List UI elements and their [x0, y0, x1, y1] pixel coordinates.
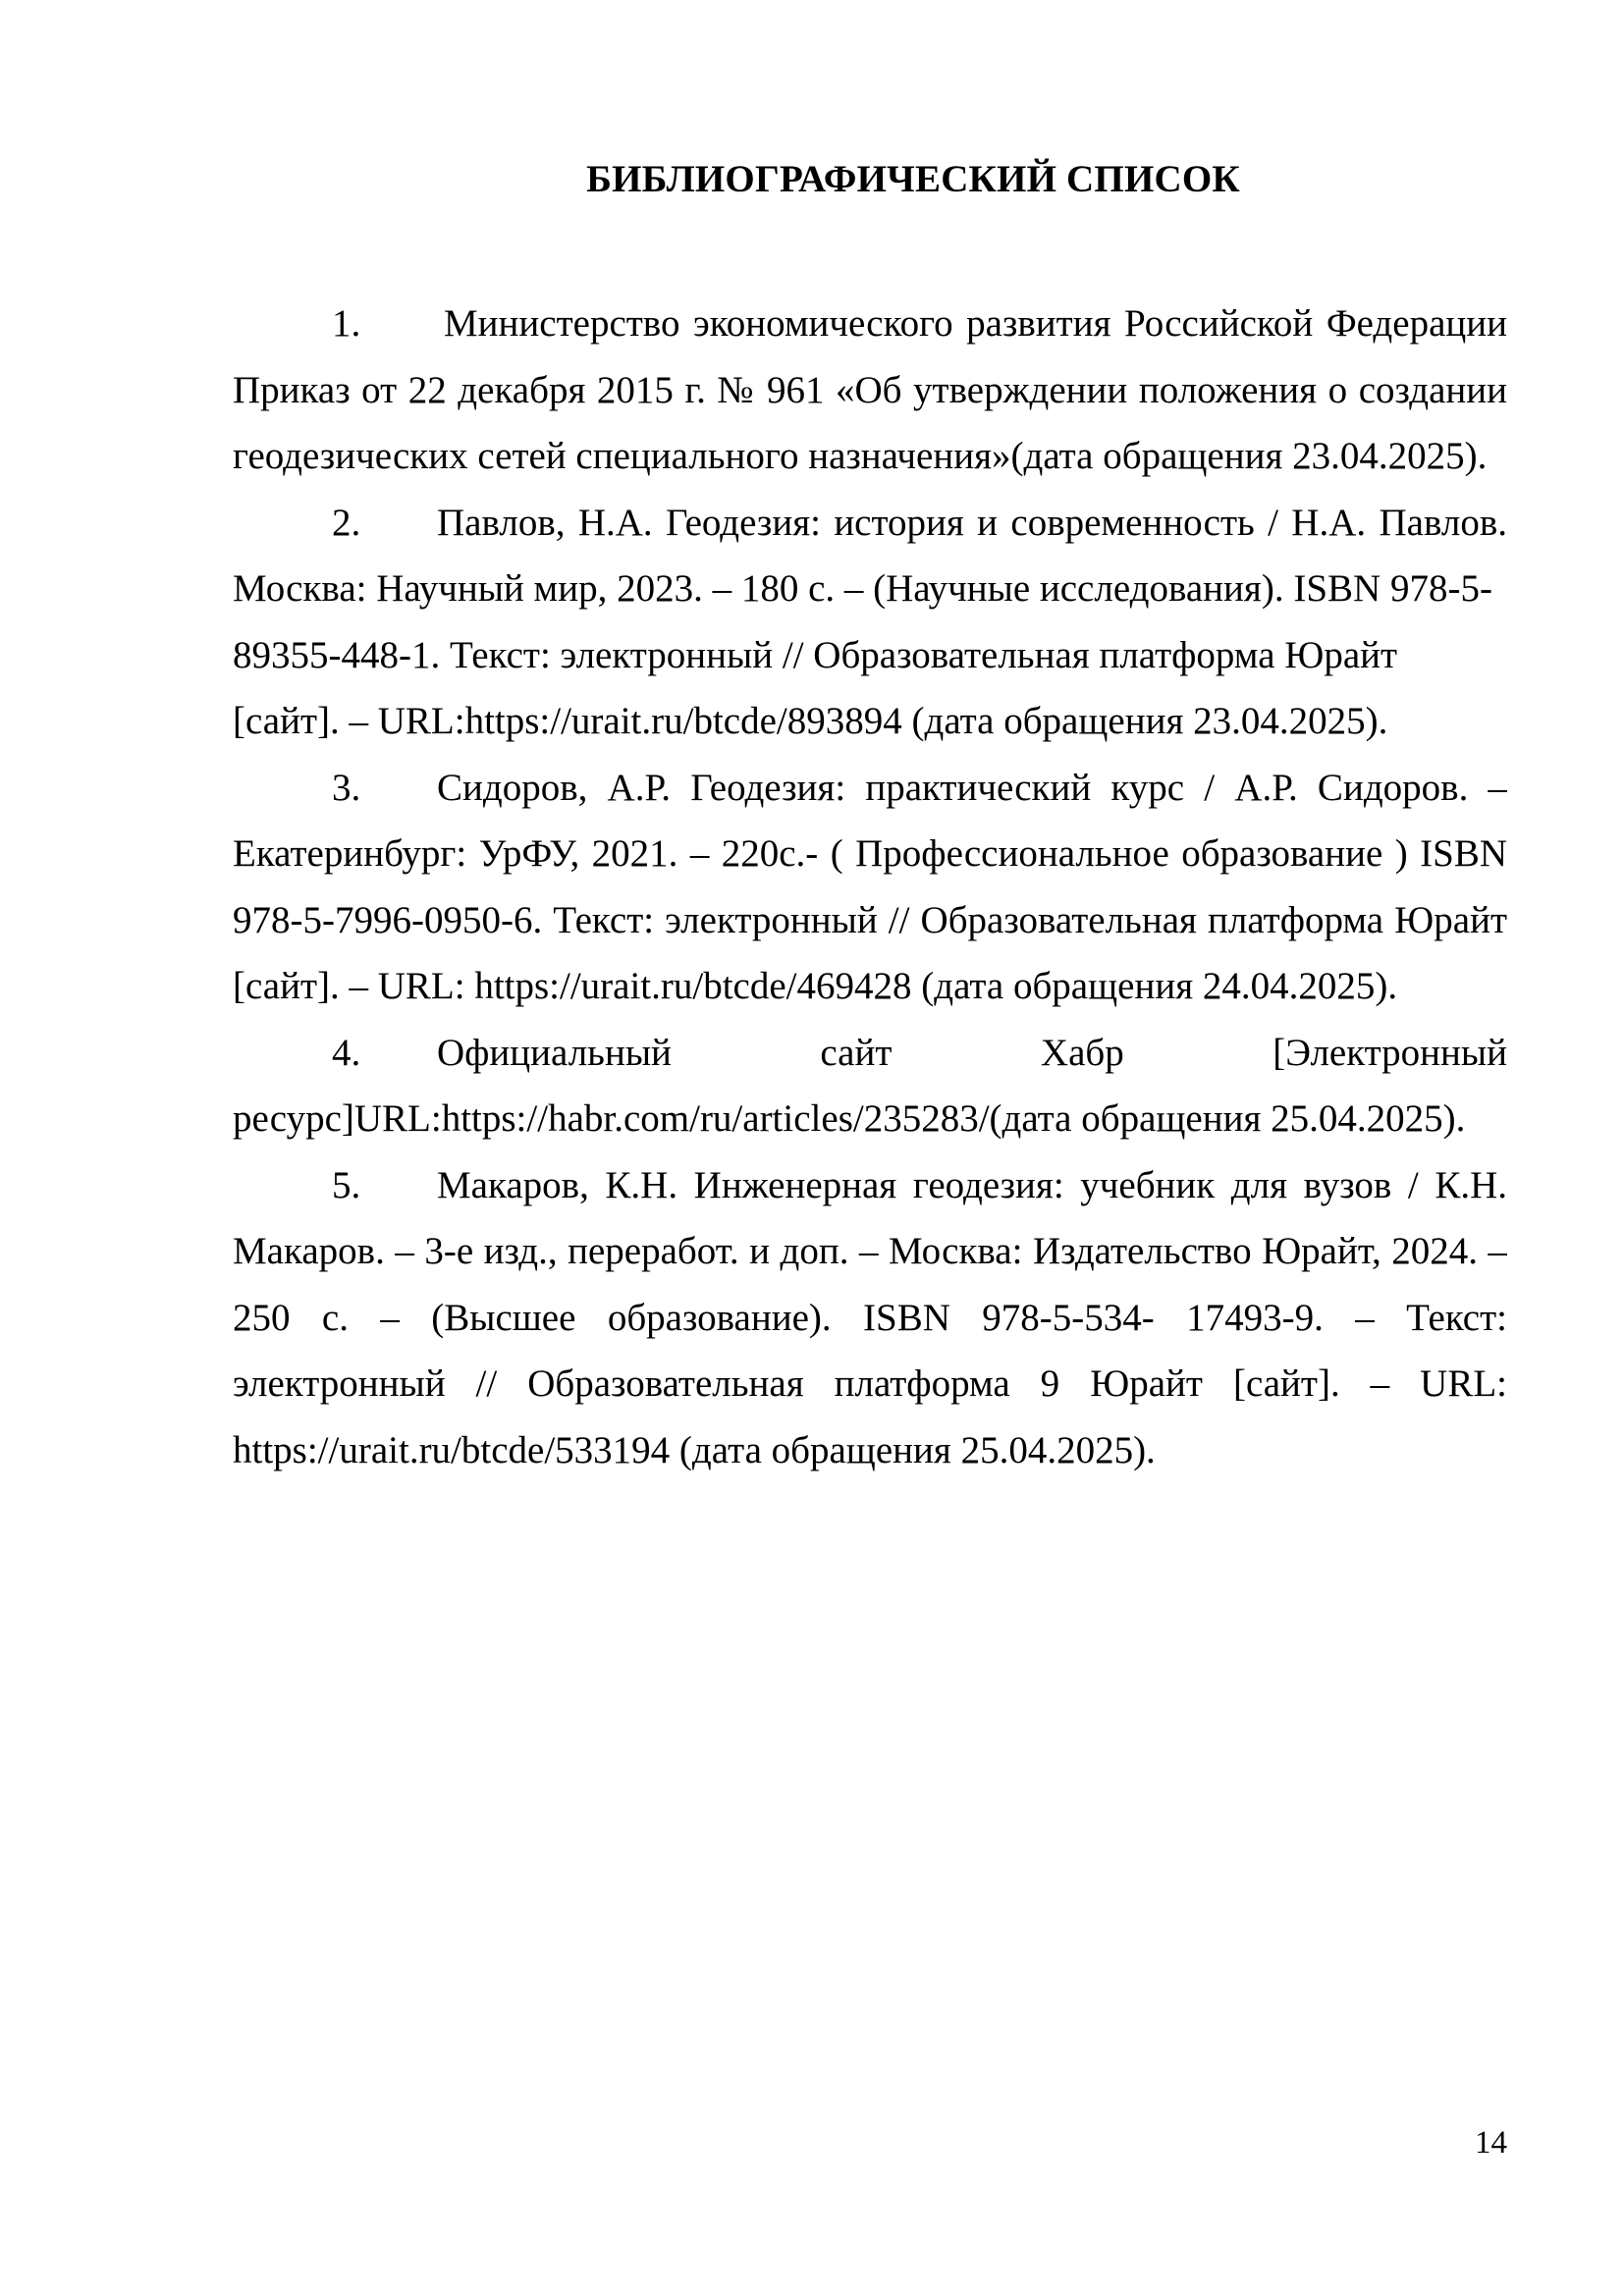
bibliography-entry-1: 1. Министерство экономического развития …: [233, 291, 1507, 490]
entry-number: 3.: [332, 755, 360, 822]
entry-line: 89355-448-1. Текст: электронный // Образ…: [233, 622, 1507, 689]
entry-line: [сайт]. – URL:https://urait.ru/btcde/893…: [233, 688, 1507, 755]
entry-line: геодезических сетей специального назначе…: [233, 423, 1507, 490]
bibliography-list: 1. Министерство экономического развития …: [233, 291, 1507, 1483]
bibliography-entry-4: 4. Официальный сайт Хабр [Электронный ре…: [233, 1020, 1507, 1152]
entry-line: 3. Сидоров, А.Р. Геодезия: практический …: [233, 755, 1507, 822]
entry-line: https://urait.ru/btcde/533194 (дата обра…: [233, 1417, 1507, 1484]
entry-line: Екатеринбург: УрФУ, 2021. – 220с.- ( Про…: [233, 821, 1507, 887]
document-page: БИБЛИОГРАФИЧЕСКИЙ СПИСОК 1. Министерство…: [0, 0, 1624, 2296]
entry-number: 4.: [332, 1020, 360, 1087]
bibliography-entry-3: 3. Сидоров, А.Р. Геодезия: практический …: [233, 755, 1507, 1020]
entry-line: 1. Министерство экономического развития …: [233, 291, 1507, 357]
entry-line: Макаров. – 3-е изд., переработ. и доп. –…: [233, 1218, 1507, 1285]
entry-line: 5. Макаров, К.Н. Инженерная геодезия: уч…: [233, 1152, 1507, 1219]
entry-line: 4. Официальный сайт Хабр [Электронный: [233, 1020, 1507, 1087]
entry-line: Приказ от 22 декабря 2015 г. № 961 «Об у…: [233, 357, 1507, 424]
entry-number: 5.: [332, 1152, 360, 1219]
entry-line: 2. Павлов, Н.А. Геодезия: история и совр…: [233, 490, 1507, 557]
entry-line: [сайт]. – URL: https://urait.ru/btcde/46…: [233, 953, 1507, 1020]
entry-line: ресурс]URL:https://habr.com/ru/articles/…: [233, 1086, 1507, 1152]
entry-line: электронный // Образовательная платформа…: [233, 1351, 1507, 1417]
bibliography-entry-5: 5. Макаров, К.Н. Инженерная геодезия: уч…: [233, 1152, 1507, 1484]
entry-number: 2.: [332, 490, 360, 557]
entry-line: Москва: Научный мир, 2023. – 180 с. – (Н…: [233, 556, 1507, 622]
bibliography-entry-2: 2. Павлов, Н.А. Геодезия: история и совр…: [233, 490, 1507, 755]
entry-line: 978-5-7996-0950-6. Текст: электронный //…: [233, 887, 1507, 954]
entry-line: 250 с. – (Высшее образование). ISBN 978-…: [233, 1285, 1507, 1352]
page-number: 14: [1475, 2123, 1507, 2163]
entry-number: 1.: [332, 291, 360, 357]
page-title: БИБЛИОГРАФИЧЕСКИЙ СПИСОК: [319, 155, 1507, 204]
